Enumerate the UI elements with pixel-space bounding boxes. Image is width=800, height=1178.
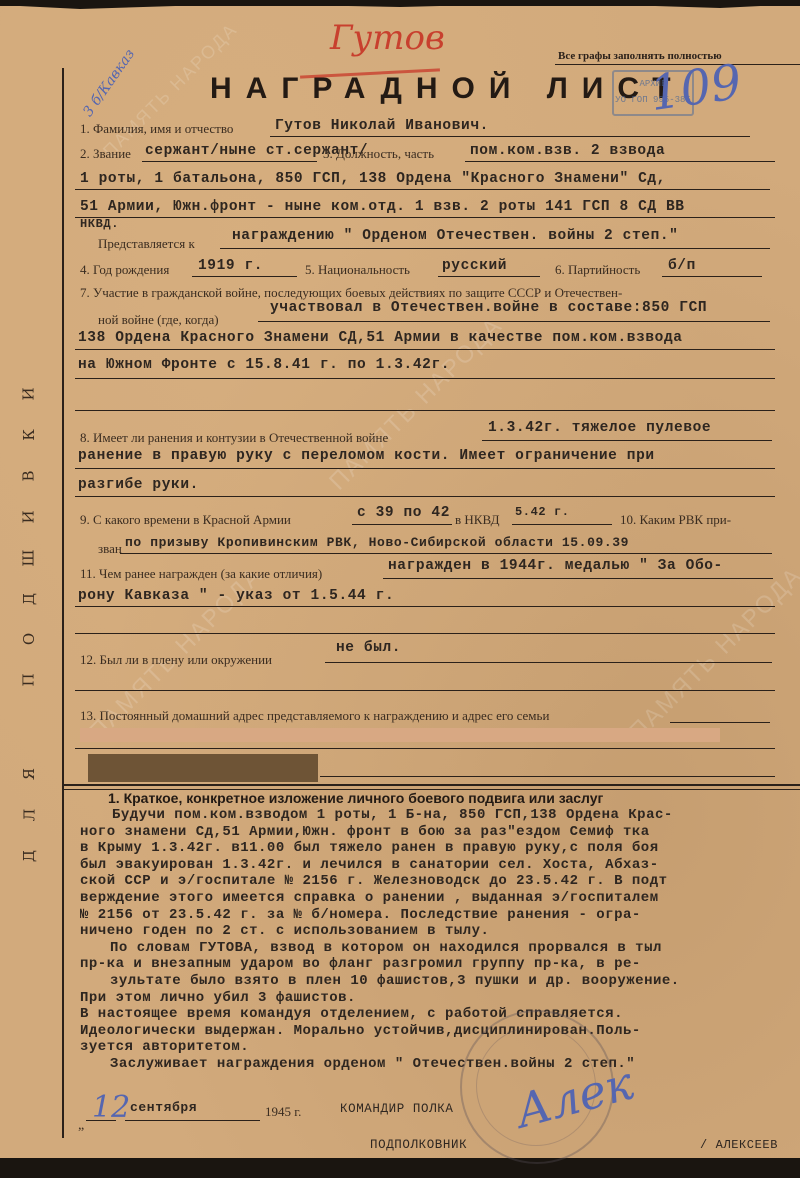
field-8-label: 8. Имеет ли ранения и контузии в Отечест…: [80, 430, 388, 446]
narrative-line: По словам ГУТОВА, взвод в котором он нах…: [110, 940, 662, 956]
field-9-label: 9. С какого времени в Красной Армии: [80, 512, 291, 528]
narrative-heading: 1. Краткое, конкретное изложение личного…: [108, 790, 603, 806]
field-3-value: пом.ком.взв. 2 взвода: [470, 143, 665, 159]
narrative-line: ской ССР и э/госпитале № 2156 г. Железно…: [80, 873, 668, 889]
signer-position: КОМАНДИР ПОЛКА: [340, 1102, 453, 1116]
narrative-line: был эвакуирован 1.3.42г. и лечился в сан…: [80, 857, 659, 873]
field-7-value: участвовал в Отечествен.войне в составе:…: [270, 300, 707, 316]
field-6-label: 6. Партийность: [555, 262, 640, 278]
narrative-line: ного знамени Сд,51 Армии,Южн. фронт в бо…: [80, 824, 650, 840]
field-12-label: 12. Был ли в плену или окружении: [80, 652, 272, 668]
field-4-value: 1919 г.: [198, 258, 263, 274]
narrative-line: ничено годен по 2 ст. с использованием в…: [80, 923, 489, 939]
narrative-line: верждение этого имеется справка о ранени…: [80, 890, 659, 906]
field-10-label: 10. Каким РВК при-: [620, 512, 731, 528]
field-11-value: награжден в 1944г. медалью " За Обо-: [388, 558, 723, 574]
field-5-value: русский: [442, 258, 507, 274]
narrative-line: зультате было взято в плен 10 фашистов,3…: [110, 973, 680, 989]
field-4-label: 4. Год рождения: [80, 262, 169, 278]
presented-value: награждению " Орденом Отечествен. войны …: [232, 228, 678, 244]
scan-background: [0, 1158, 800, 1178]
narrative-line: пр-ка и внезапным ударом во фланг разгро…: [80, 956, 641, 972]
field-10-value: по призыву Кропивинским РВК, Ново-Сибирс…: [125, 535, 629, 550]
field-3-label: 3. Должность, часть: [323, 146, 434, 162]
field-12-value: не был.: [336, 640, 401, 656]
redacted-address-block: [88, 754, 318, 782]
nkvd-date-value: 5.42 г.: [515, 505, 570, 519]
field-13-label: 13. Постоянный домашний адрес представля…: [80, 708, 549, 724]
field-5-label: 5. Национальность: [305, 262, 410, 278]
field-6-value: б/п: [668, 258, 696, 274]
binding-label: И К В И Ш Д О П Я Л Д: [14, 385, 44, 865]
narrative-line: зуется авторитетом.: [80, 1039, 249, 1055]
redacted-address: [80, 728, 720, 742]
binding-margin-rule: [62, 68, 64, 1138]
handwritten-surname: Гутов: [330, 18, 445, 58]
narrative-line: При этом лично убил 3 фашистов.: [80, 990, 356, 1006]
field-11-label: 11. Чем ранее награжден (за какие отличи…: [80, 566, 322, 582]
signature-month: сентября: [130, 1100, 197, 1115]
field-9-value: с 39 по 42: [357, 505, 450, 521]
field-2-label: 2. Звание: [80, 146, 131, 162]
narrative-line: № 2156 от 23.5.42 г. за № б/номера. Посл…: [80, 907, 641, 923]
signature-year: 1945 г.: [265, 1104, 301, 1120]
field-7-label: 7. Участие в гражданской войне, последую…: [80, 285, 622, 301]
field-8-value: 1.3.42г. тяжелое пулевое: [488, 420, 711, 436]
field-1-label: 1. Фамилия, имя и отчество: [80, 121, 233, 137]
field-1-value: Гутов Николай Иванович.: [275, 118, 489, 134]
presented-label: Представляется к: [98, 236, 195, 252]
narrative-line: Будучи пом.ком.взводом 1 роты, 1 Б-на, 8…: [112, 807, 673, 823]
signer-rank: ПОДПОЛКОВНИК: [370, 1138, 467, 1152]
signer-name: / АЛЕКСЕЕВ: [700, 1138, 778, 1152]
narrative-line: в Крыму 1.3.42г. в11.00 был тяжело ранен…: [80, 840, 659, 856]
